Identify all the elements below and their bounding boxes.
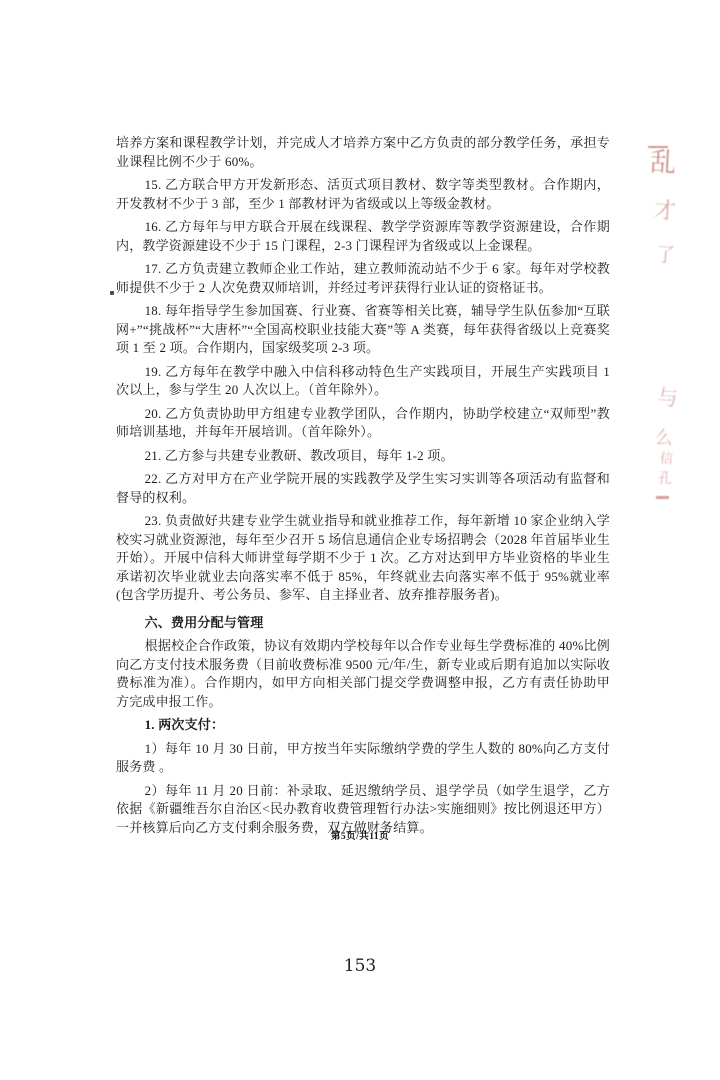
- red-ink-mark: 么: [655, 429, 674, 448]
- paragraph-item-18: 18. 每年指导学生参加国赛、行业赛、省赛等相关比赛，辅导学生队伍参加“互联网+…: [116, 302, 610, 358]
- scanned-document-page: 培养方案和课程教学计划，并完成人才培养方案中乙方负责的部分教学任务，承担专业课程…: [0, 0, 720, 1080]
- paragraph-item-17: 17. 乙方负责建立教师企业工作站，建立教师流动站不少于 6 家。每年对学校教师…: [116, 260, 610, 297]
- scan-speck: [110, 291, 114, 295]
- red-ink-mark: 信: [660, 452, 674, 466]
- paragraph-continuation: 培养方案和课程教学计划，并完成人才培养方案中乙方负责的部分教学任务，承担专业课程…: [116, 134, 610, 171]
- section-heading-fees: 六、费用分配与管理: [116, 614, 610, 633]
- document-body: 培养方案和课程教学计划，并完成人才培养方案中乙方负责的部分教学任务，承担专业课程…: [116, 134, 610, 837]
- red-ink-stroke: [648, 146, 668, 148]
- paragraph-item-23: 23. 负责做好共建专业学生就业指导和就业推荐工作，每年新增 10 家企业纳入学…: [116, 512, 610, 605]
- red-ink-stroke: [656, 496, 669, 499]
- paragraph-item-15: 15. 乙方联合甲方开发新形态、活页式项目教材、数字等类型教材。合作期内，开发教…: [116, 176, 610, 213]
- payment-item-1: 1）每年 10 月 30 日前，甲方按当年实际缴纳学费的学生人数的 80%向乙方…: [116, 740, 610, 777]
- paragraph-item-20: 20. 乙方负责协助甲方组建专业教学团队，合作期内，协助学校建立“双师型”教师培…: [116, 405, 610, 442]
- red-ink-mark: 才: [653, 199, 676, 222]
- paragraph-item-19: 19. 乙方每年在教学中融入中信科移动特色生产实践项目，开展生产实践项目 1 次…: [116, 363, 610, 400]
- paragraph-fee-policy: 根据校企合作政策，协议有效期内学校每年以合作专业每生学费标准的 40%比例向乙方…: [116, 637, 610, 711]
- red-ink-mark: 孔: [658, 473, 673, 488]
- handwritten-page-number: 153: [0, 956, 720, 976]
- paragraph-item-22: 22. 乙方对甲方在产业学院开展的实践教学及学生实习实训等各项活动有监督和督导的…: [116, 470, 610, 507]
- paragraph-item-21: 21. 乙方参与共建专业教研、教改项目，每年 1-2 项。: [116, 447, 610, 466]
- red-ink-mark: 乱: [649, 149, 676, 176]
- page-footer: 第5页/共11页: [0, 828, 720, 842]
- red-ink-mark: 与: [656, 387, 678, 409]
- paragraph-item-16: 16. 乙方每年与甲方联合开展在线课程、教学学资源库等教学资源建设，合作期内，教…: [116, 218, 610, 255]
- payment-schedule-label: 1. 两次支付：: [116, 716, 610, 735]
- red-ink-mark: 了: [656, 246, 676, 266]
